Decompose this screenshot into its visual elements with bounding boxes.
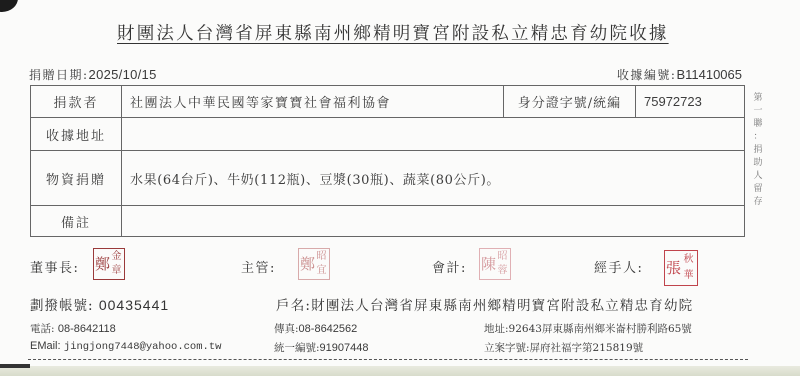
fax-value: 08-8642562 <box>299 323 358 335</box>
phone-label: 電話: <box>30 323 55 335</box>
phone-value: 08-8642118 <box>58 323 116 335</box>
side-char: 存 <box>752 196 764 209</box>
side-char: ： <box>752 131 764 144</box>
table-row-donor: 捐款者 社團法人中華民國等家寶寶社會福利協會 身分證字號/統編 75972723 <box>31 86 745 118</box>
postal-account: 劃撥帳號: 00435441 <box>30 294 169 314</box>
donation-date-value: 2025/10/15 <box>89 67 157 82</box>
side-char: 第 <box>752 92 764 105</box>
registration-label: 立案字號: <box>484 342 530 354</box>
chairman-seal-stamp: 金 鄭 章 <box>93 248 125 280</box>
table-row-goods: 物資捐贈 水果(64台斤)、牛奶(112瓶)、豆漿(30瓶)、蔬菜(80公斤)。 <box>31 151 745 206</box>
tear-line-divider <box>28 359 748 360</box>
goods-label: 物資捐贈 <box>31 151 122 206</box>
chairman-label: 董事長: <box>30 257 79 276</box>
goods-value: 水果(64台斤)、牛奶(112瓶)、豆漿(30瓶)、蔬菜(80公斤)。 <box>122 151 745 206</box>
seal-char: 金 <box>112 252 122 262</box>
supervisor-label: 主管: <box>241 257 276 276</box>
donation-date: 捐贈日期:2025/10/15 <box>29 66 157 83</box>
handler-label: 經手人: <box>594 257 643 276</box>
side-char: 留 <box>752 183 764 196</box>
signature-row: 董事長: 金 鄭 章 主管: 昭 鄭 宜 會計: 昭 陳 蓉 經手人: 秋 張 … <box>0 248 800 288</box>
table-row-note: 備註 <box>31 206 745 237</box>
receipt-number-label: 收據編號: <box>617 68 677 82</box>
tax-id-value: 91907448 <box>320 342 369 354</box>
seal-char: 蓉 <box>498 266 508 276</box>
side-char: 一 <box>752 105 764 118</box>
email-label: EMail: <box>30 340 61 352</box>
side-char: 捐 <box>752 144 764 157</box>
supervisor-seal-stamp: 昭 鄭 宜 <box>298 248 330 280</box>
donor-value: 社團法人中華民國等家寶寶社會福利協會 <box>122 86 504 118</box>
donor-label: 捐款者 <box>31 86 122 118</box>
registration-value: 屏府社福字第215819號 <box>530 342 644 354</box>
note-value <box>122 206 745 237</box>
email-value[interactable]: jingjong7448@yahoo.com.tw <box>64 341 222 353</box>
seal-char: 陳 <box>481 257 496 272</box>
table-row-address: 收據地址 <box>31 118 745 151</box>
side-char: 人 <box>752 170 764 183</box>
seal-char: 宜 <box>317 266 327 276</box>
seal-char: 秋 <box>684 255 694 265</box>
fax-label: 傳真: <box>274 323 299 335</box>
receipt-table: 捐款者 社團法人中華民國等家寶寶社會福利協會 身分證字號/統編 75972723… <box>30 85 745 237</box>
accountant-seal-stamp: 昭 陳 蓉 <box>479 248 511 280</box>
fax: 傳真:08-8642562 <box>274 321 357 336</box>
seal-char: 昭 <box>317 252 327 262</box>
receipt-number-value: B11410065 <box>676 67 742 82</box>
id-label: 身分證字號/統編 <box>504 86 636 118</box>
seal-char: 華 <box>684 271 694 281</box>
seal-char: 鄭 <box>95 257 110 272</box>
side-char: 聯 <box>752 118 764 131</box>
receipt-number: 收據編號:B11410065 <box>617 66 742 83</box>
address-value <box>122 118 745 151</box>
address: 地址:92643屏東縣南州鄉米崙村勝利路65號 <box>484 321 692 336</box>
address-label: 地址: <box>484 323 509 335</box>
handler-seal-stamp: 秋 張 華 <box>664 250 698 286</box>
id-value: 75972723 <box>636 86 745 118</box>
photo-corner-shadow <box>0 0 18 12</box>
address-label: 收據地址 <box>31 118 122 151</box>
note-label: 備註 <box>31 206 122 237</box>
postal-account-value: 00435441 <box>99 297 169 313</box>
seal-char: 昭 <box>498 252 508 262</box>
copy-note-vertical: 第 一 聯 ： 捐 助 人 留 存 <box>752 92 764 209</box>
tax-id: 統一編號:91907448 <box>274 340 369 355</box>
address-value: 92643屏東縣南州鄉米崙村勝利路65號 <box>509 323 692 335</box>
postal-account-label: 劃撥帳號: <box>30 298 94 314</box>
tax-id-label: 統一編號: <box>274 342 320 354</box>
accountant-label: 會計: <box>432 257 467 276</box>
registration-no: 立案字號:屏府社福字第215819號 <box>484 340 643 355</box>
account-name: 戶名:財團法人台灣省屏東縣南州鄉精明寶宮附設私立精忠育幼院 <box>276 294 693 314</box>
paper-edge-shadow <box>0 364 30 368</box>
phone: 電話: 08-8642118 <box>30 321 116 336</box>
donation-date-label: 捐贈日期: <box>29 68 89 82</box>
seal-char: 鄭 <box>300 257 315 272</box>
seal-char: 章 <box>112 266 122 276</box>
document-title: 財團法人台灣省屏東縣南州鄉精明寶宮附設私立精忠育幼院收據 <box>117 20 687 45</box>
email: EMail: jingjong7448@yahoo.com.tw <box>30 340 221 353</box>
seal-char: 張 <box>666 261 681 276</box>
paper-edge <box>0 366 800 376</box>
side-char: 助 <box>752 157 764 170</box>
